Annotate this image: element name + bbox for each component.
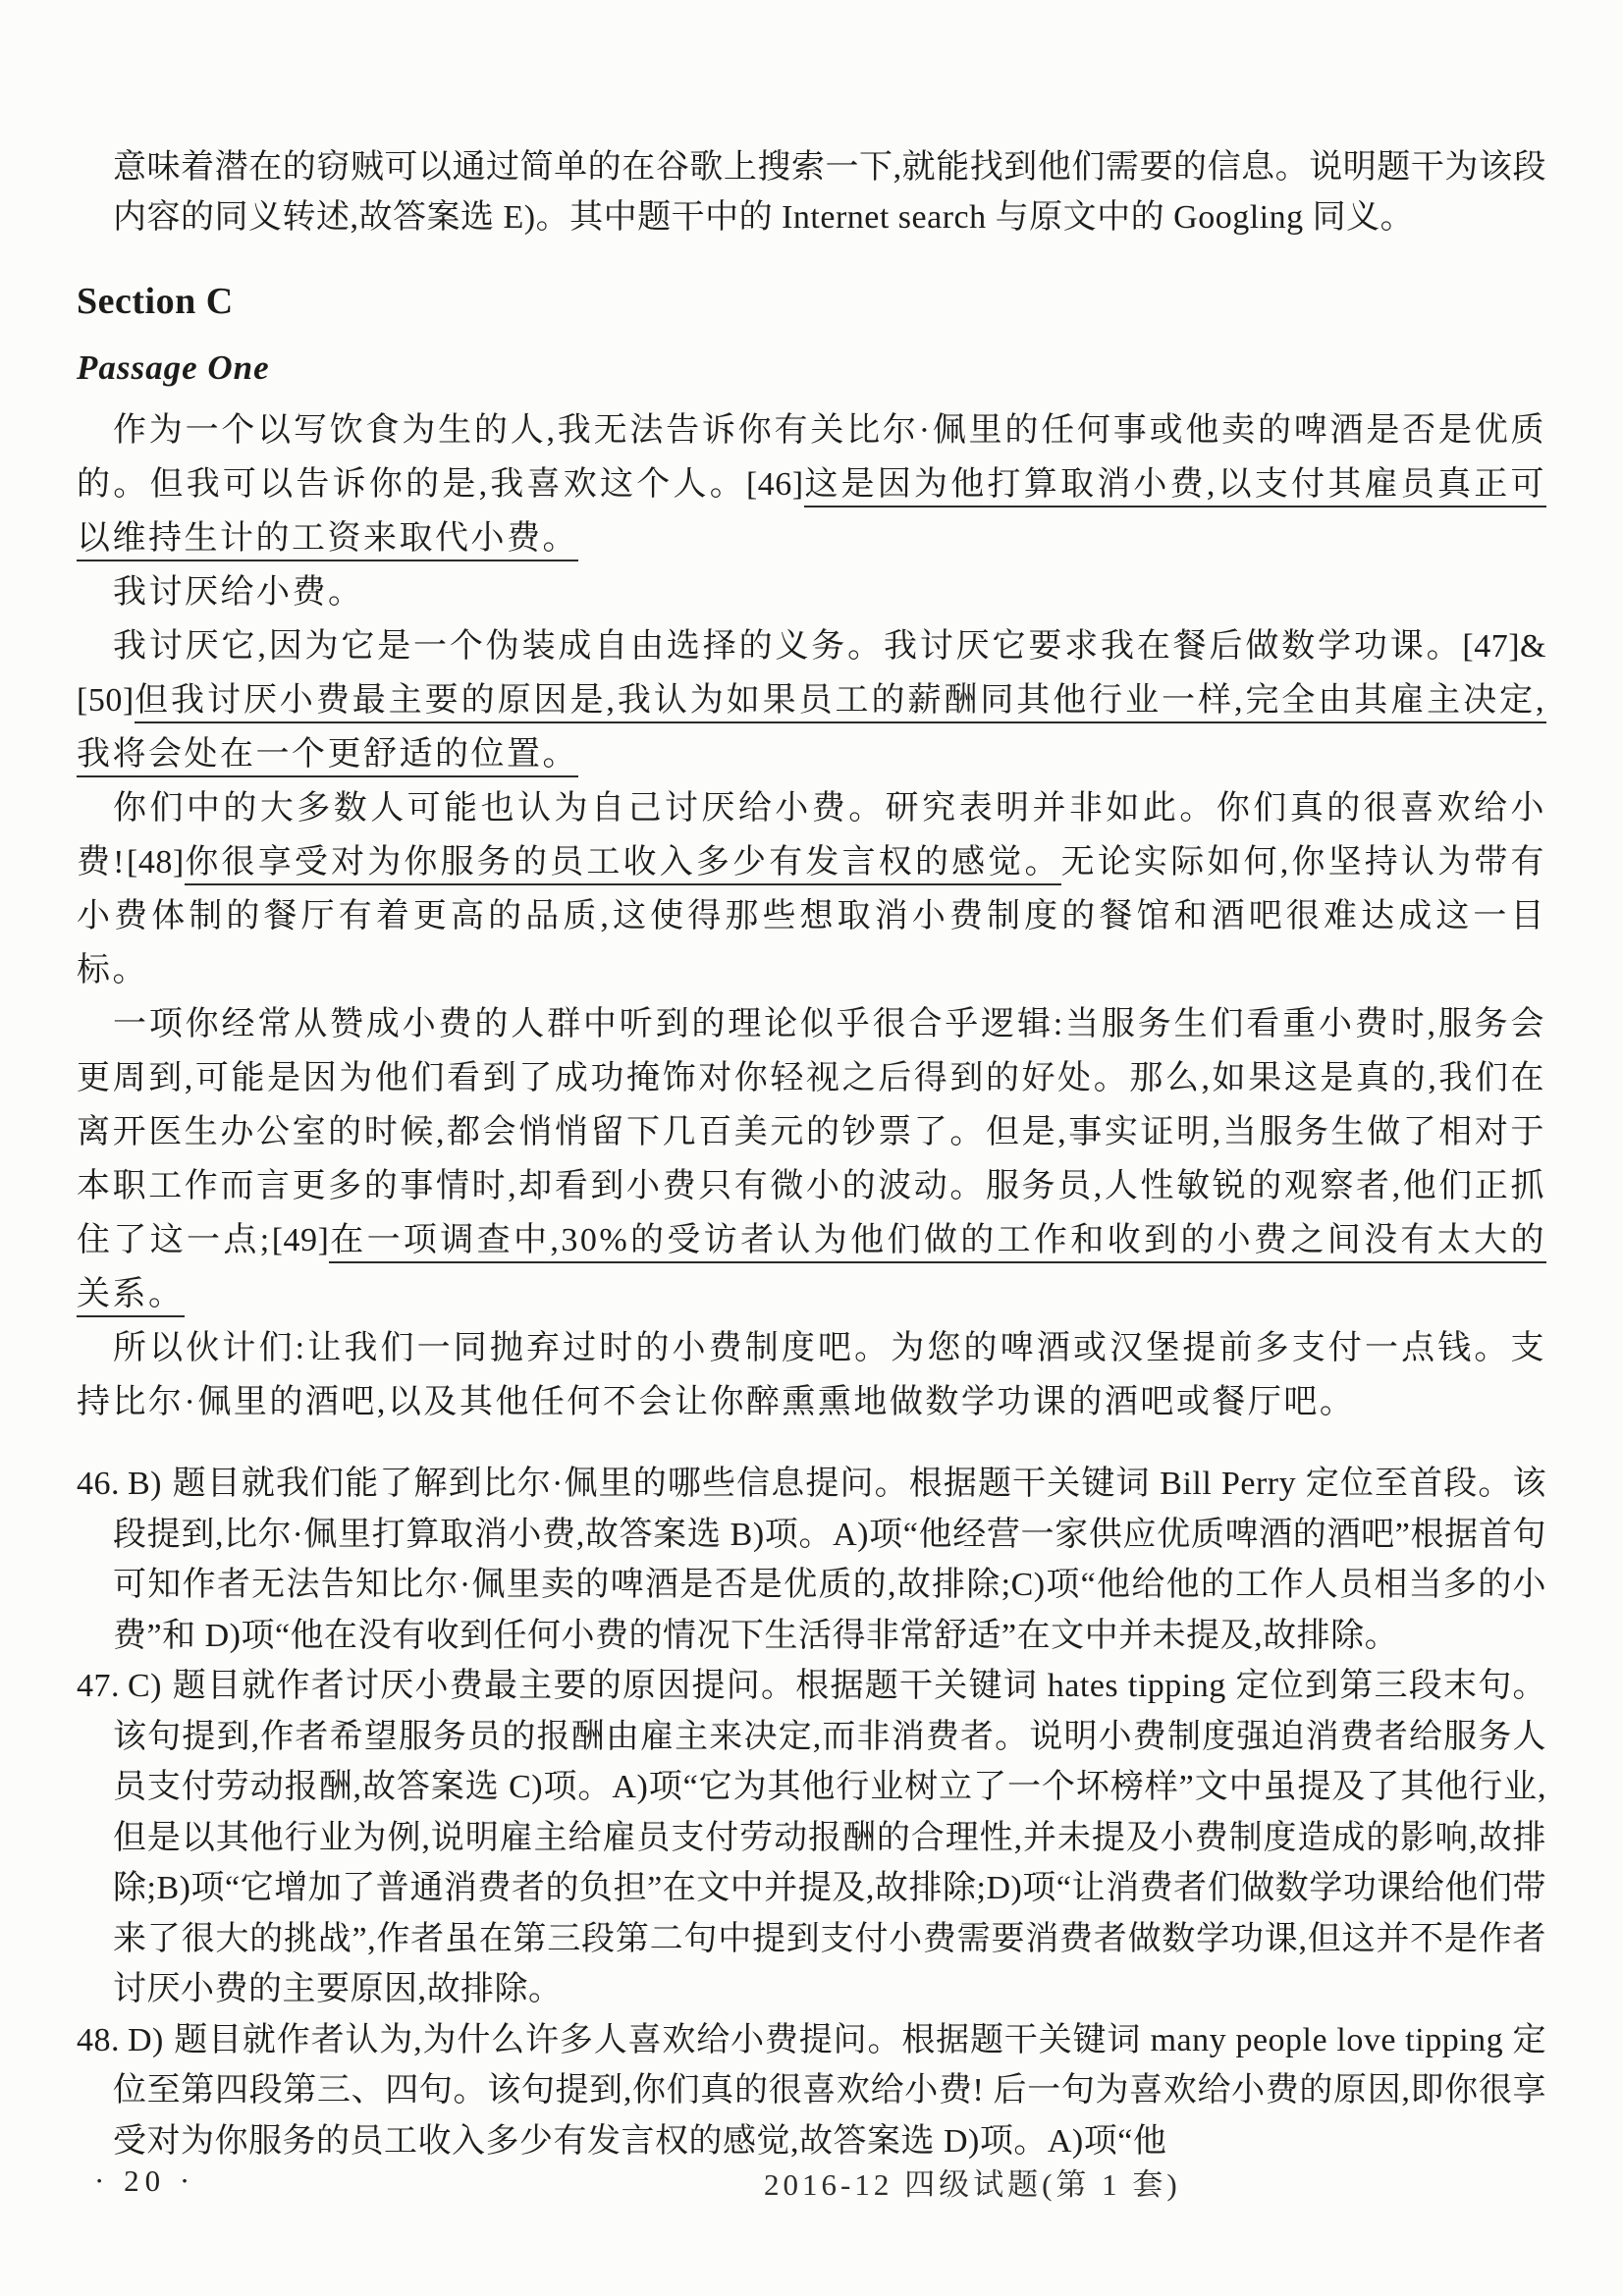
passage-text: 我讨厌它,因为它是一个伪装成自由选择的义务。我讨厌它要求我在餐后做数学功课。 [113, 628, 1462, 665]
answer-explanation-item: 46.B)题目就我们能了解到比尔·佩里的哪些信息提问。根据题干关键词 Bill … [77, 1459, 1546, 1661]
passage-text: 一项你经常从赞成小费的人群中听到的理论似乎很合乎逻辑:当服务生们看重小费时,服务… [77, 1006, 1546, 1258]
passage-one-heading: Passage One [77, 348, 1546, 388]
explanation-text: 题目就作者讨厌小费最主要的原因提问。根据题干关键词 hates tipping … [113, 1668, 1546, 2007]
passage-text: 所以伙计们:让我们一同抛弃过时的小费制度吧。为您的啤酒或汉堡提前多支付一点钱。支… [77, 1330, 1546, 1420]
passage-paragraph: 你们中的大多数人可能也认为自己讨厌给小费。研究表明并非如此。你们真的很喜欢给小费… [77, 781, 1546, 997]
question-number-marker: [48] [127, 844, 185, 881]
question-number: 46. [77, 1466, 128, 1502]
page-number: · 20 · [94, 2163, 195, 2199]
correct-choice-label: D) [128, 2022, 174, 2058]
previous-answer-continuation: 意味着潜在的窃贼可以通过简单的在谷歌上搜索一下,就能找到他们需要的信息。说明题干… [113, 142, 1546, 242]
correct-choice-label: C) [128, 1668, 172, 1704]
passage-paragraph: 一项你经常从赞成小费的人群中听到的理论似乎很合乎逻辑:当服务生们看重小费时,服务… [77, 997, 1546, 1321]
question-number: 47. [77, 1668, 128, 1704]
underlined-evidence-text: 你很享受对为你服务的员工收入多少有发言权的感觉。 [185, 844, 1061, 885]
question-number-marker: [49] [272, 1222, 330, 1258]
underlined-evidence-text: 但我讨厌小费最主要的原因是,我认为如果员工的薪酬同其他行业一样,完全由其雇主决定… [77, 682, 1546, 777]
correct-choice-label: B) [128, 1466, 172, 1502]
answer-explanations: 46.B)题目就我们能了解到比尔·佩里的哪些信息提问。根据题干关键词 Bill … [77, 1459, 1546, 2166]
page-footer: · 20 · 2016-12 四级试题(第 1 套) [77, 2160, 1546, 2209]
footer-exam-title: 2016-12 四级试题(第 1 套) [764, 2160, 1181, 2204]
passage-translation: 作为一个以写饮食为生的人,我无法告诉你有关比尔·佩里的任何事或他卖的啤酒是否是优… [77, 403, 1546, 1429]
passage-paragraph: 所以伙计们:让我们一同抛弃过时的小费制度吧。为您的啤酒或汉堡提前多支付一点钱。支… [77, 1321, 1546, 1429]
answer-explanation-item: 47.C)题目就作者讨厌小费最主要的原因提问。根据题干关键词 hates tip… [77, 1661, 1546, 2015]
passage-paragraph: 我讨厌给小费。 [77, 565, 1546, 619]
question-number: 48. [77, 2022, 128, 2058]
passage-paragraph: 我讨厌它,因为它是一个伪装成自由选择的义务。我讨厌它要求我在餐后做数学功课。[4… [77, 619, 1546, 781]
passage-text: 我讨厌给小费。 [113, 574, 364, 611]
passage-paragraph: 作为一个以写饮食为生的人,我无法告诉你有关比尔·佩里的任何事或他卖的啤酒是否是优… [77, 403, 1546, 565]
explanation-text: 题目就作者认为,为什么许多人喜欢给小费提问。根据题干关键词 many peopl… [113, 2022, 1546, 2160]
section-c-heading: Section C [77, 280, 1546, 323]
explanation-text: 题目就我们能了解到比尔·佩里的哪些信息提问。根据题干关键词 Bill Perry… [113, 1466, 1546, 1654]
answer-explanation-item: 48.D)题目就作者认为,为什么许多人喜欢给小费提问。根据题干关键词 many … [77, 2015, 1546, 2167]
question-number-marker: [46] [746, 466, 804, 503]
exam-answer-page: 意味着潜在的窃贼可以通过简单的在谷歌上搜索一下,就能找到他们需要的信息。说明题干… [0, 0, 1623, 2296]
